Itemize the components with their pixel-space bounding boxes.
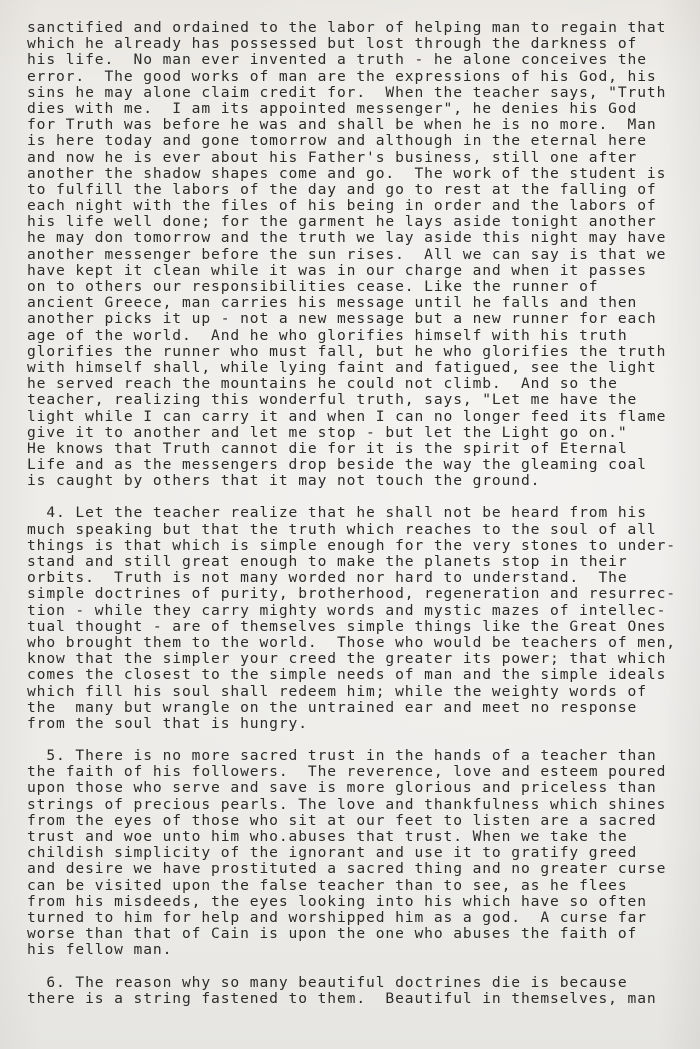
text-line: turned to him for help and worshipped hi… [27, 910, 687, 926]
text-line: is here today and gone tomorrow and alth… [27, 133, 687, 149]
text-line: 5. There is no more sacred trust in the … [27, 748, 687, 764]
text-line: which he already has possessed but lost … [27, 36, 687, 52]
text-line: glorifies the runner who must fall, but … [27, 344, 687, 360]
text-line: age of the world. And he who glorifies h… [27, 328, 687, 344]
typewritten-document: sanctified and ordained to the labor of … [27, 20, 687, 1007]
text-line: to fulfill the labors of the day and go … [27, 182, 687, 198]
text-line: much speaking but that the truth which r… [27, 522, 687, 538]
text-line: with himself shall, while lying faint an… [27, 360, 687, 376]
text-line: the many but wrangle on the untrained ea… [27, 700, 687, 716]
paragraph-item-5: 5. There is no more sacred trust in the … [27, 748, 687, 958]
text-line: and now he is ever about his Father's bu… [27, 150, 687, 166]
text-line: error. The good works of man are the exp… [27, 69, 687, 85]
text-line: strings of precious pearls. The love and… [27, 797, 687, 813]
text-line: stand and still great enough to make the… [27, 554, 687, 570]
text-line: his life well done; for the garment he l… [27, 214, 687, 230]
paragraph-item-6: 6. The reason why so many beautiful doct… [27, 975, 687, 1007]
text-line: is caught by others that it may not touc… [27, 473, 687, 489]
text-line: childish simplicity of the ignorant and … [27, 845, 687, 861]
text-line: upon those who serve and save is more gl… [27, 780, 687, 796]
text-line: his fellow man. [27, 942, 687, 958]
text-line: each night with the files of his being i… [27, 198, 687, 214]
text-line: there is a string fastened to them. Beau… [27, 991, 687, 1007]
text-line: can be visited upon the false teacher th… [27, 878, 687, 894]
text-line: worse than that of Cain is upon the one … [27, 926, 687, 942]
paragraph-item-4: 4. Let the teacher realize that he shall… [27, 505, 687, 732]
text-line: simple doctrines of purity, brotherhood,… [27, 586, 687, 602]
paper-page: sanctified and ordained to the labor of … [0, 0, 700, 1049]
text-line: another the shadow shapes come and go. T… [27, 166, 687, 182]
text-line: ancient Greece, man carries his message … [27, 295, 687, 311]
text-line: He knows that Truth cannot die for it is… [27, 441, 687, 457]
text-line: for Truth was before he was and shall be… [27, 117, 687, 133]
text-line: trust and woe unto him who.abuses that t… [27, 829, 687, 845]
text-line: teacher, realizing this wonderful truth,… [27, 392, 687, 408]
text-line: he served reach the mountains he could n… [27, 376, 687, 392]
text-line: 4. Let the teacher realize that he shall… [27, 505, 687, 521]
text-line: and desire we have prostituted a sacred … [27, 861, 687, 877]
text-line: from his misdeeds, the eyes looking into… [27, 894, 687, 910]
text-line: the faith of his followers. The reverenc… [27, 764, 687, 780]
text-line: Life and as the messengers drop beside t… [27, 457, 687, 473]
text-line: sanctified and ordained to the labor of … [27, 20, 687, 36]
text-line: on to others our responsibilities cease.… [27, 279, 687, 295]
text-line: 6. The reason why so many beautiful doct… [27, 975, 687, 991]
text-line: tion - while they carry mighty words and… [27, 603, 687, 619]
text-line: dies with me. I am its appointed messeng… [27, 101, 687, 117]
text-line: give it to another and let me stop - but… [27, 425, 687, 441]
text-line: he may don tomorrow and the truth we lay… [27, 230, 687, 246]
text-line: which fill his soul shall redeem him; wh… [27, 684, 687, 700]
text-line: from the soul that is hungry. [27, 716, 687, 732]
paragraph-continued: sanctified and ordained to the labor of … [27, 20, 687, 489]
text-line: his life. No man ever invented a truth -… [27, 52, 687, 68]
text-line: things is that which is simple enough fo… [27, 538, 687, 554]
text-line: light while I can carry it and when I ca… [27, 409, 687, 425]
text-line: from the eyes of those who sit at our fe… [27, 813, 687, 829]
text-line: know that the simpler your creed the gre… [27, 651, 687, 667]
text-line: comes the closest to the simple needs of… [27, 667, 687, 683]
text-line: another messenger before the sun rises. … [27, 247, 687, 263]
text-line: have kept it clean while it was in our c… [27, 263, 687, 279]
text-line: who brought them to the world. Those who… [27, 635, 687, 651]
text-line: orbits. Truth is not many worded nor har… [27, 570, 687, 586]
text-line: another picks it up - not a new message … [27, 311, 687, 327]
text-line: sins he may alone claim credit for. When… [27, 85, 687, 101]
text-line: tual thought - are of themselves simple … [27, 619, 687, 635]
